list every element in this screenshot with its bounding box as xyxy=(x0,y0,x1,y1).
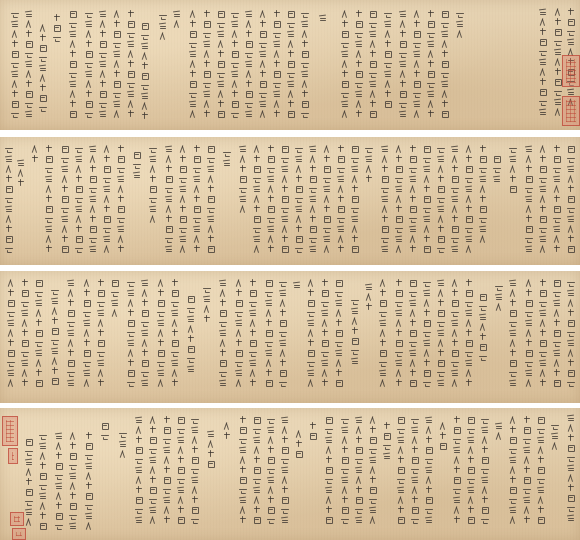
calligraphy-glyph xyxy=(537,456,545,464)
calligraphy-glyph xyxy=(453,456,461,464)
calligraphy-glyph xyxy=(51,287,59,295)
calligraphy-glyph xyxy=(567,279,575,287)
calligraphy-glyph xyxy=(259,50,267,58)
calligraphy-glyph xyxy=(369,466,377,474)
calligraphy-glyph xyxy=(567,185,575,193)
calligraphy-glyph xyxy=(55,472,63,480)
calligraphy-glyph xyxy=(25,518,33,526)
calligraphy-glyph xyxy=(479,195,487,203)
calligraphy-glyph xyxy=(351,327,359,335)
calligraphy-glyph xyxy=(117,245,125,253)
calligraphy-glyph xyxy=(287,100,295,108)
text-column xyxy=(466,416,476,526)
calligraphy-glyph xyxy=(423,349,431,357)
calligraphy-glyph xyxy=(479,323,487,331)
calligraphy-glyph xyxy=(245,80,253,88)
calligraphy-glyph xyxy=(341,70,349,78)
calligraphy-glyph xyxy=(409,359,417,367)
calligraphy-glyph xyxy=(35,379,43,387)
calligraphy-glyph xyxy=(97,359,105,367)
calligraphy-glyph xyxy=(427,20,435,28)
calligraphy-glyph xyxy=(409,155,417,163)
text-column xyxy=(126,10,136,120)
text-column xyxy=(116,145,126,255)
calligraphy-glyph xyxy=(231,90,239,98)
calligraphy-glyph xyxy=(265,319,273,327)
calligraphy-glyph xyxy=(127,90,135,98)
calligraphy-glyph xyxy=(395,339,403,347)
calligraphy-glyph xyxy=(127,289,135,297)
text-column xyxy=(30,145,40,165)
calligraphy-glyph xyxy=(423,369,431,377)
calligraphy-glyph xyxy=(265,279,273,287)
text-column xyxy=(38,24,48,114)
calligraphy-glyph xyxy=(281,145,289,153)
calligraphy-glyph xyxy=(17,169,25,177)
calligraphy-glyph xyxy=(525,165,533,173)
calligraphy-glyph xyxy=(231,100,239,108)
calligraphy-glyph xyxy=(323,225,331,233)
calligraphy-glyph xyxy=(553,235,561,243)
calligraphy-glyph xyxy=(397,456,405,464)
calligraphy-glyph xyxy=(397,466,405,474)
calligraphy-glyph xyxy=(567,464,575,472)
calligraphy-glyph xyxy=(85,492,93,500)
calligraphy-glyph xyxy=(441,10,449,18)
calligraphy-glyph xyxy=(341,476,349,484)
calligraphy-glyph xyxy=(141,42,149,50)
calligraphy-glyph xyxy=(61,205,69,213)
calligraphy-glyph xyxy=(207,225,215,233)
text-column xyxy=(258,10,268,120)
calligraphy-glyph xyxy=(456,20,464,28)
calligraphy-glyph xyxy=(409,165,417,173)
calligraphy-glyph xyxy=(323,195,331,203)
calligraphy-glyph xyxy=(395,319,403,327)
calligraphy-glyph xyxy=(409,339,417,347)
calligraphy-glyph xyxy=(453,416,461,424)
calligraphy-glyph xyxy=(7,369,15,377)
calligraphy-glyph xyxy=(309,432,317,440)
calligraphy-glyph xyxy=(253,426,261,434)
calligraphy-glyph xyxy=(423,289,431,297)
calligraphy-glyph xyxy=(379,309,387,317)
calligraphy-glyph xyxy=(281,446,289,454)
calligraphy-glyph xyxy=(265,329,273,337)
calligraphy-glyph xyxy=(31,155,39,163)
calligraphy-glyph xyxy=(525,175,533,183)
calligraphy-glyph xyxy=(51,367,59,375)
text-column xyxy=(494,283,504,313)
calligraphy-glyph xyxy=(295,440,303,448)
text-column xyxy=(408,145,418,255)
calligraphy-glyph xyxy=(509,456,517,464)
calligraphy-glyph xyxy=(493,155,501,163)
text-column xyxy=(158,12,168,42)
calligraphy-glyph xyxy=(411,456,419,464)
calligraphy-glyph xyxy=(413,30,421,38)
calligraphy-glyph xyxy=(171,379,179,387)
calligraphy-glyph xyxy=(465,155,473,163)
calligraphy-glyph xyxy=(25,478,33,486)
calligraphy-glyph xyxy=(245,20,253,28)
calligraphy-glyph xyxy=(567,444,575,452)
calligraphy-glyph xyxy=(467,456,475,464)
calligraphy-glyph xyxy=(193,215,201,223)
calligraphy-glyph xyxy=(239,476,247,484)
calligraphy-glyph xyxy=(165,225,173,233)
calligraphy-glyph xyxy=(525,215,533,223)
calligraphy-glyph xyxy=(259,80,267,88)
calligraphy-glyph xyxy=(411,476,419,484)
calligraphy-glyph xyxy=(307,329,315,337)
text-column xyxy=(218,279,228,389)
calligraphy-glyph xyxy=(351,215,359,223)
calligraphy-glyph xyxy=(165,245,173,253)
calligraphy-glyph xyxy=(117,225,125,233)
calligraphy-glyph xyxy=(245,40,253,48)
calligraphy-glyph xyxy=(69,432,77,440)
calligraphy-glyph xyxy=(179,155,187,163)
calligraphy-glyph xyxy=(321,349,329,357)
calligraphy-glyph xyxy=(117,155,125,163)
calligraphy-glyph xyxy=(281,436,289,444)
calligraphy-glyph xyxy=(465,235,473,243)
calligraphy-glyph xyxy=(127,359,135,367)
calligraphy-glyph xyxy=(553,339,561,347)
calligraphy-glyph xyxy=(413,100,421,108)
calligraphy-glyph xyxy=(127,279,135,287)
calligraphy-glyph xyxy=(539,155,547,163)
calligraphy-glyph xyxy=(567,379,575,387)
calligraphy-glyph xyxy=(239,506,247,514)
calligraphy-glyph xyxy=(83,369,91,377)
calligraphy-glyph xyxy=(539,78,547,86)
text-column xyxy=(280,145,290,255)
calligraphy-glyph xyxy=(351,195,359,203)
text-column xyxy=(66,279,76,389)
calligraphy-glyph xyxy=(177,426,185,434)
calligraphy-glyph xyxy=(171,349,179,357)
calligraphy-glyph xyxy=(117,215,125,223)
calligraphy-glyph xyxy=(193,155,201,163)
calligraphy-glyph xyxy=(171,299,179,307)
calligraphy-glyph xyxy=(5,245,13,253)
calligraphy-glyph xyxy=(51,347,59,355)
calligraphy-glyph xyxy=(85,100,93,108)
text-column xyxy=(308,145,318,255)
calligraphy-glyph xyxy=(149,466,157,474)
calligraphy-glyph xyxy=(411,496,419,504)
calligraphy-glyph xyxy=(219,369,227,377)
calligraphy-glyph xyxy=(395,195,403,203)
calligraphy-glyph xyxy=(399,50,407,58)
text-column xyxy=(396,416,406,526)
text-column xyxy=(334,279,344,389)
calligraphy-glyph xyxy=(83,359,91,367)
calligraphy-glyph xyxy=(265,369,273,377)
calligraphy-glyph xyxy=(219,349,227,357)
calligraphy-glyph xyxy=(295,165,303,173)
calligraphy-glyph xyxy=(413,80,421,88)
calligraphy-glyph xyxy=(127,339,135,347)
calligraphy-glyph xyxy=(554,38,562,46)
calligraphy-glyph xyxy=(207,165,215,173)
calligraphy-glyph xyxy=(369,426,377,434)
calligraphy-glyph xyxy=(231,110,239,118)
calligraphy-glyph xyxy=(539,58,547,66)
calligraphy-glyph xyxy=(127,329,135,337)
calligraphy-glyph xyxy=(369,20,377,28)
calligraphy-glyph xyxy=(553,319,561,327)
calligraphy-glyph xyxy=(409,225,417,233)
calligraphy-glyph xyxy=(567,175,575,183)
calligraphy-glyph xyxy=(411,516,419,524)
calligraphy-glyph xyxy=(281,416,289,424)
calligraphy-glyph xyxy=(355,506,363,514)
calligraphy-glyph xyxy=(509,446,517,454)
calligraphy-glyph xyxy=(287,20,295,28)
calligraphy-glyph xyxy=(409,279,417,287)
text-column xyxy=(172,10,182,30)
calligraphy-glyph xyxy=(83,349,91,357)
calligraphy-glyph xyxy=(295,205,303,213)
calligraphy-glyph xyxy=(67,379,75,387)
calligraphy-glyph xyxy=(287,10,295,18)
calligraphy-glyph xyxy=(25,90,33,98)
text-column xyxy=(148,145,158,225)
calligraphy-glyph xyxy=(25,508,33,516)
calligraphy-glyph xyxy=(267,205,275,213)
calligraphy-glyph xyxy=(355,456,363,464)
calligraphy-glyph xyxy=(425,516,433,524)
calligraphy-glyph xyxy=(217,40,225,48)
calligraphy-glyph xyxy=(189,100,197,108)
text-column xyxy=(266,416,276,526)
calligraphy-glyph xyxy=(341,446,349,454)
calligraphy-glyph xyxy=(203,295,211,303)
calligraphy-glyph xyxy=(341,40,349,48)
calligraphy-glyph xyxy=(39,522,47,530)
calligraphy-glyph xyxy=(553,185,561,193)
calligraphy-glyph xyxy=(409,309,417,317)
calligraphy-glyph xyxy=(127,30,135,38)
calligraphy-glyph xyxy=(553,379,561,387)
calligraphy-glyph xyxy=(279,279,287,287)
text-column xyxy=(132,151,142,181)
calligraphy-glyph xyxy=(45,225,53,233)
calligraphy-glyph xyxy=(203,30,211,38)
calligraphy-glyph xyxy=(495,293,503,301)
calligraphy-glyph xyxy=(85,50,93,58)
calligraphy-glyph xyxy=(427,50,435,58)
calligraphy-glyph xyxy=(554,108,562,116)
calligraphy-glyph xyxy=(111,299,119,307)
calligraphy-glyph xyxy=(481,426,489,434)
calligraphy-glyph xyxy=(525,245,533,253)
text-column xyxy=(410,416,420,526)
text-column xyxy=(524,279,534,389)
calligraphy-glyph xyxy=(301,40,309,48)
calligraphy-glyph xyxy=(551,422,559,430)
calligraphy-glyph xyxy=(355,100,363,108)
calligraphy-glyph xyxy=(567,38,575,46)
calligraphy-glyph xyxy=(117,195,125,203)
calligraphy-glyph xyxy=(301,60,309,68)
calligraphy-glyph xyxy=(553,155,561,163)
calligraphy-glyph xyxy=(451,215,459,223)
calligraphy-glyph xyxy=(5,145,13,153)
calligraphy-glyph xyxy=(369,70,377,78)
calligraphy-glyph xyxy=(409,319,417,327)
calligraphy-glyph xyxy=(355,416,363,424)
calligraphy-glyph xyxy=(165,165,173,173)
calligraphy-glyph xyxy=(479,303,487,311)
calligraphy-glyph xyxy=(21,309,29,317)
calligraphy-glyph xyxy=(149,215,157,223)
calligraphy-glyph xyxy=(451,289,459,297)
calligraphy-glyph xyxy=(113,60,121,68)
calligraphy-glyph xyxy=(567,414,575,422)
calligraphy-glyph xyxy=(165,195,173,203)
calligraphy-glyph xyxy=(67,369,75,377)
calligraphy-glyph xyxy=(117,145,125,153)
calligraphy-glyph xyxy=(141,329,149,337)
calligraphy-glyph xyxy=(307,369,315,377)
calligraphy-glyph xyxy=(35,369,43,377)
calligraphy-glyph xyxy=(295,145,303,153)
calligraphy-glyph xyxy=(53,24,61,32)
calligraphy-glyph xyxy=(423,379,431,387)
calligraphy-glyph xyxy=(89,175,97,183)
calligraphy-glyph xyxy=(267,165,275,173)
calligraphy-glyph xyxy=(437,329,445,337)
calligraphy-glyph xyxy=(465,339,473,347)
calligraphy-glyph xyxy=(25,10,33,18)
calligraphy-glyph xyxy=(273,50,281,58)
calligraphy-glyph xyxy=(149,205,157,213)
calligraphy-glyph xyxy=(307,359,315,367)
calligraphy-glyph xyxy=(425,456,433,464)
calligraphy-glyph xyxy=(265,339,273,347)
calligraphy-glyph xyxy=(219,339,227,347)
calligraphy-glyph xyxy=(111,309,119,317)
calligraphy-glyph xyxy=(509,379,517,387)
red-seal-stamp xyxy=(8,448,18,464)
calligraphy-glyph xyxy=(467,426,475,434)
calligraphy-glyph xyxy=(163,516,171,524)
calligraphy-glyph xyxy=(149,446,157,454)
calligraphy-glyph xyxy=(113,110,121,118)
calligraphy-glyph xyxy=(351,317,359,325)
calligraphy-glyph xyxy=(249,309,257,317)
calligraphy-glyph xyxy=(465,175,473,183)
calligraphy-glyph xyxy=(509,466,517,474)
text-column xyxy=(538,279,548,389)
calligraphy-glyph xyxy=(395,165,403,173)
calligraphy-glyph xyxy=(381,145,389,153)
calligraphy-glyph xyxy=(525,155,533,163)
calligraphy-glyph xyxy=(355,80,363,88)
text-column xyxy=(438,422,448,452)
calligraphy-glyph xyxy=(309,235,317,243)
calligraphy-glyph xyxy=(467,436,475,444)
text-column xyxy=(398,10,408,120)
calligraphy-glyph xyxy=(323,145,331,153)
calligraphy-glyph xyxy=(395,155,403,163)
calligraphy-glyph xyxy=(423,245,431,253)
calligraphy-glyph xyxy=(25,458,33,466)
calligraphy-glyph xyxy=(35,349,43,357)
calligraphy-glyph xyxy=(159,32,167,40)
calligraphy-glyph xyxy=(553,195,561,203)
text-column xyxy=(54,432,64,532)
calligraphy-glyph xyxy=(456,10,464,18)
text-column xyxy=(538,8,548,118)
calligraphy-glyph xyxy=(539,205,547,213)
calligraphy-glyph xyxy=(309,215,317,223)
calligraphy-glyph xyxy=(217,80,225,88)
calligraphy-glyph xyxy=(335,329,343,337)
calligraphy-glyph xyxy=(113,40,121,48)
calligraphy-glyph xyxy=(351,175,359,183)
calligraphy-glyph xyxy=(325,436,333,444)
calligraphy-glyph xyxy=(85,512,93,520)
text-column xyxy=(294,430,304,460)
calligraphy-glyph xyxy=(179,145,187,153)
calligraphy-glyph xyxy=(425,426,433,434)
calligraphy-glyph xyxy=(409,379,417,387)
calligraphy-glyph xyxy=(11,80,19,88)
calligraphy-glyph xyxy=(539,98,547,106)
text-column xyxy=(190,416,200,526)
calligraphy-glyph xyxy=(399,60,407,68)
calligraphy-glyph xyxy=(177,496,185,504)
calligraphy-glyph xyxy=(381,215,389,223)
calligraphy-glyph xyxy=(384,80,392,88)
calligraphy-glyph xyxy=(451,339,459,347)
calligraphy-glyph xyxy=(17,159,25,167)
calligraphy-glyph xyxy=(523,436,531,444)
calligraphy-glyph xyxy=(267,155,275,163)
calligraphy-glyph xyxy=(253,155,261,163)
calligraphy-glyph xyxy=(337,175,345,183)
calligraphy-glyph xyxy=(553,175,561,183)
calligraphy-glyph xyxy=(113,70,121,78)
calligraphy-glyph xyxy=(355,436,363,444)
calligraphy-glyph xyxy=(437,185,445,193)
calligraphy-glyph xyxy=(465,145,473,153)
calligraphy-glyph xyxy=(113,20,121,28)
calligraphy-glyph xyxy=(85,522,93,530)
calligraphy-glyph xyxy=(295,215,303,223)
calligraphy-glyph xyxy=(439,432,447,440)
calligraphy-glyph xyxy=(341,100,349,108)
calligraphy-glyph xyxy=(11,90,19,98)
calligraphy-glyph xyxy=(369,486,377,494)
calligraphy-glyph xyxy=(117,235,125,243)
calligraphy-glyph xyxy=(395,235,403,243)
text-column xyxy=(188,10,198,120)
calligraphy-glyph xyxy=(369,40,377,48)
calligraphy-glyph xyxy=(85,452,93,460)
calligraphy-glyph xyxy=(45,175,53,183)
calligraphy-glyph xyxy=(217,110,225,118)
calligraphy-glyph xyxy=(381,245,389,253)
calligraphy-glyph xyxy=(341,486,349,494)
text-column xyxy=(238,416,248,526)
calligraphy-glyph xyxy=(567,195,575,203)
